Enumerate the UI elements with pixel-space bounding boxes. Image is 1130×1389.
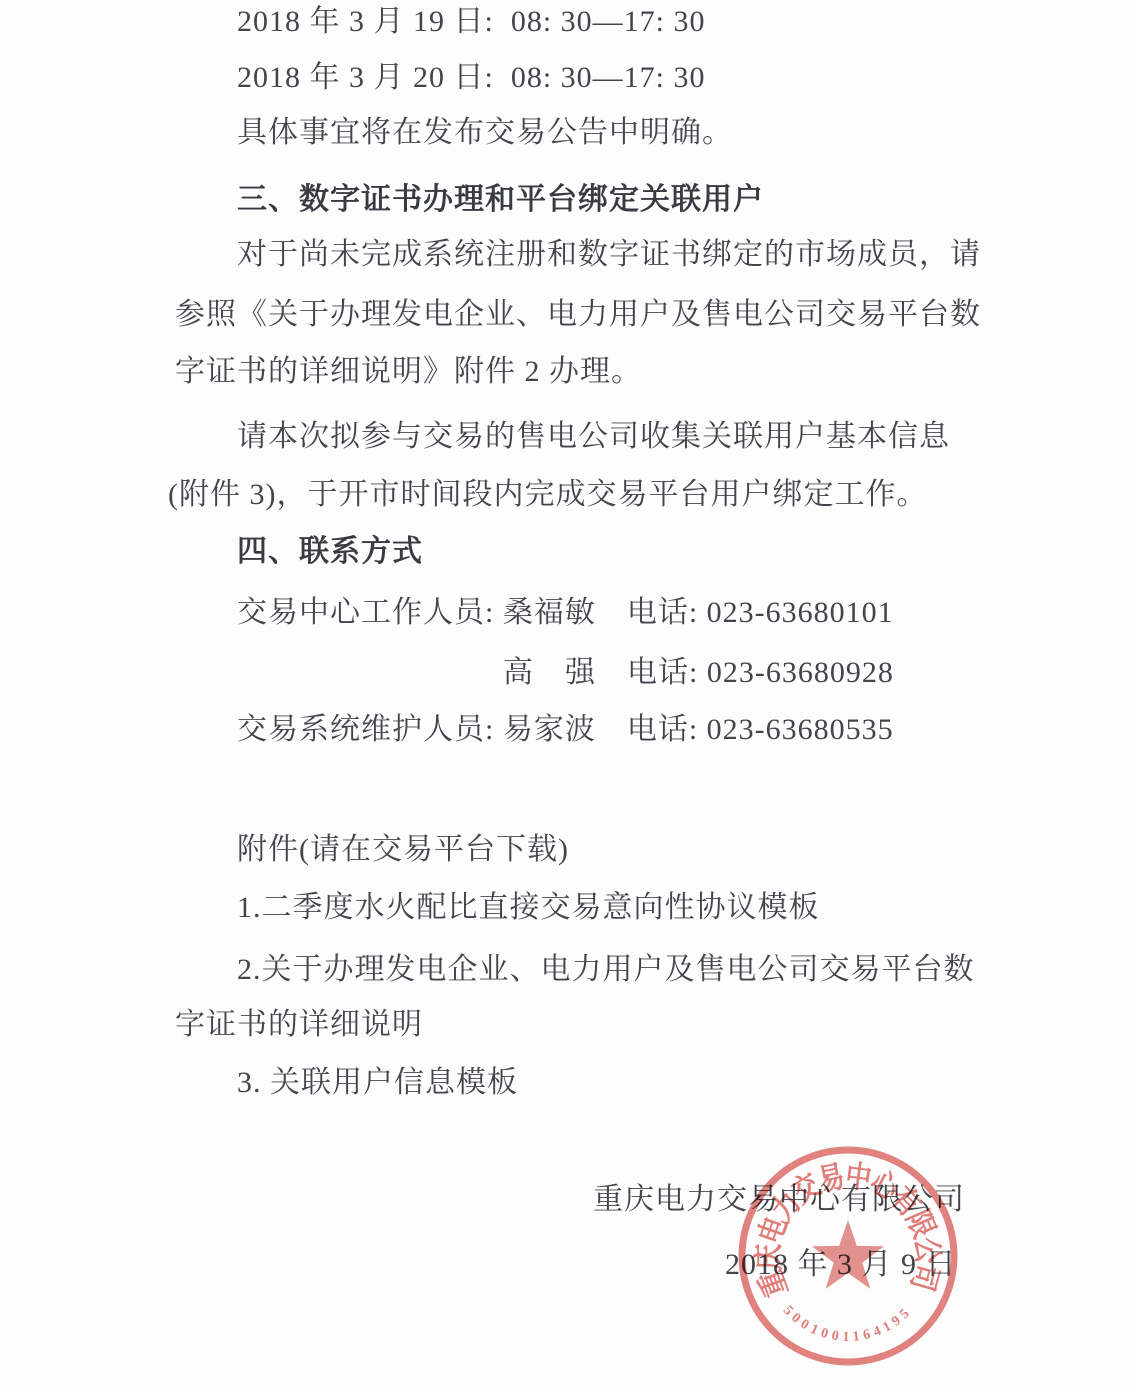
paragraph-3b-line-1: 请本次拟参与交易的售电公司收集关联用户基本信息 [237,417,950,457]
contact-line-2: 高 强 电话: 023-63680928 [503,653,894,693]
seal-serial-number: 5001001164195 [780,1303,913,1345]
paragraph-3a-line-1: 对于尚未完成系统注册和数字证书绑定的市场成员，请 [237,235,981,275]
open-time-line-1: 2018 年 3 月 19 日: 08: 30—17: 30 [237,2,706,42]
attachment-item-2-line-2: 字证书的详细说明 [175,1005,423,1045]
attachments-title: 附件(请在交易平台下载) [237,830,569,870]
attachment-item-3: 3. 关联用户信息模板 [237,1063,518,1103]
official-seal: 重庆电力交易中心有限公司 5001001164195 [728,1136,968,1376]
star-icon [812,1220,884,1289]
attachment-item-2-line-1: 2.关于办理发电企业、电力用户及售电公司交易平台数 [237,950,975,990]
contact-line-1: 交易中心工作人员: 桑福敏 电话: 023-63680101 [237,593,894,633]
attachment-item-1: 1.二季度水火配比直接交易意向性协议模板 [237,888,820,928]
section-4-heading: 四、联系方式 [237,532,423,572]
paragraph-3b-line-2: (附件 3)，于开市时间段内完成交易平台用户绑定工作。 [168,475,927,515]
document-page: 2018 年 3 月 19 日: 08: 30—17: 30 2018 年 3 … [0,0,1130,1389]
paragraph-3a-line-2: 参照《关于办理发电企业、电力用户及售电公司交易平台数 [175,295,981,335]
note-line: 具体事宜将在发布交易公告中明确。 [237,113,733,153]
svg-text:5001001164195: 5001001164195 [780,1303,913,1345]
section-3-heading: 三、数字证书办理和平台绑定关联用户 [237,180,764,220]
paragraph-3a-line-3: 字证书的详细说明》附件 2 办理。 [175,352,642,392]
open-time-line-2: 2018 年 3 月 20 日: 08: 30—17: 30 [237,58,706,98]
contact-line-3: 交易系统维护人员: 易家波 电话: 023-63680535 [237,710,894,750]
